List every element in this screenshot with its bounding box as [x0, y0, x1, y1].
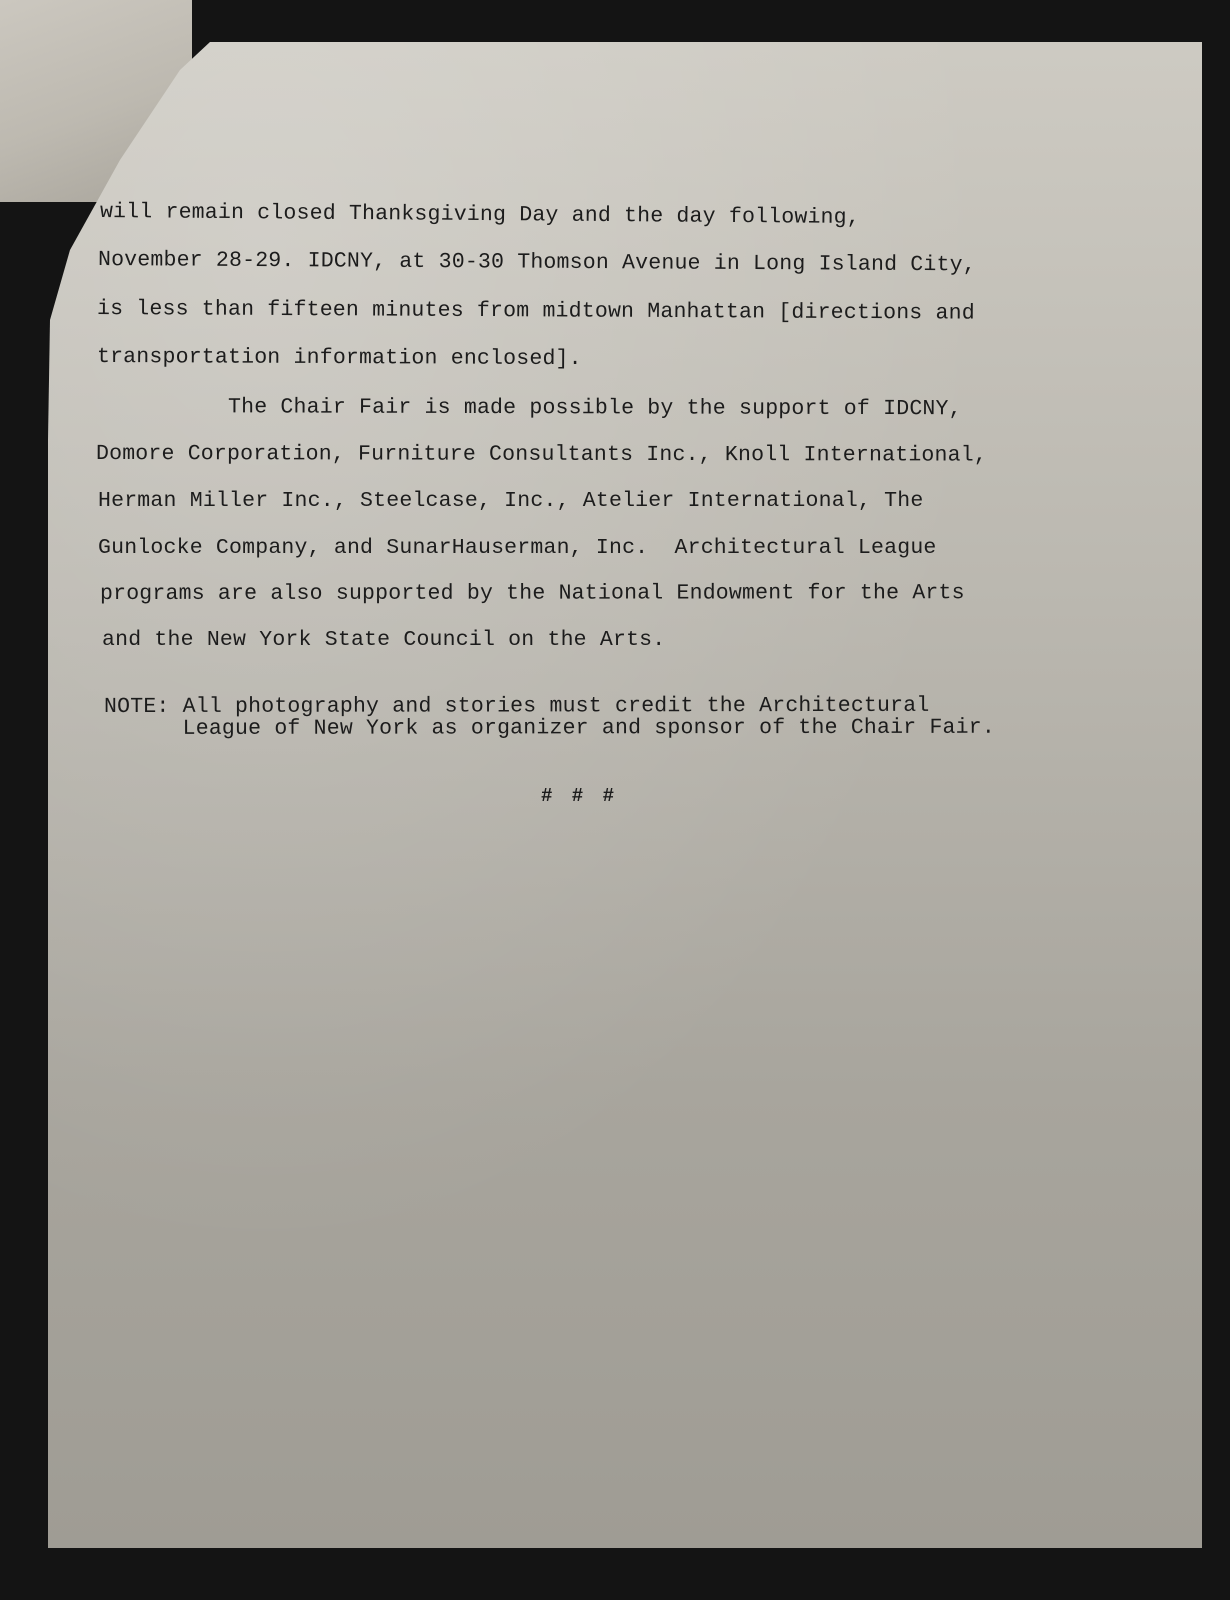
text-line: is less than fifteen minutes from midtow…	[97, 297, 975, 326]
end-mark: # # #	[541, 785, 618, 807]
text-line: and the New York State Council on the Ar…	[102, 628, 665, 652]
text-line: Herman Miller Inc., Steelcase, Inc., Ate…	[98, 489, 923, 513]
note-line: League of New York as organizer and spon…	[104, 716, 995, 741]
text-line: programs are also supported by the Natio…	[100, 581, 965, 606]
text-line: Gunlocke Company, and SunarHauserman, In…	[98, 536, 937, 560]
text-line: transportation information enclosed].	[97, 345, 582, 371]
text-line: Domore Corporation, Furniture Consultant…	[96, 442, 987, 468]
text-line: The Chair Fair is made possible by the s…	[97, 395, 962, 421]
